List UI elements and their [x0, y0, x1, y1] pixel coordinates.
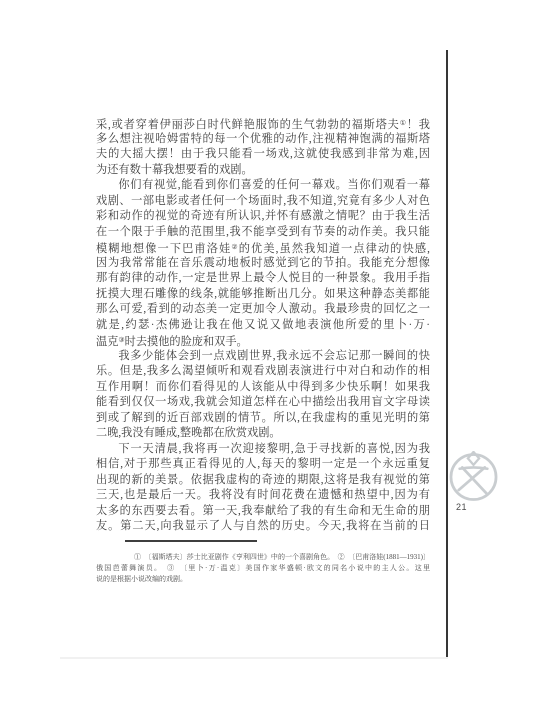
body-text: 采,或者穿着伊丽莎白时代鲜艳服饰的生气勃勃的福斯塔夫①！我多么想注视哈姆雷特的每… — [96, 116, 430, 535]
footnote-line: 俄国芭蕾舞演员。 ③ 〔里卜·万·温克〕美国作家华盛顿·欧文的同名小说中的主人公… — [96, 563, 430, 574]
body-text-line: 我多少能体会到一点戏剧世界,我永远不会忘记那一瞬间的快 — [96, 349, 430, 365]
body-text-line: 那么可爱,看到的动态美一定更加令人激动。我最珍贵的回忆之一 — [96, 302, 430, 318]
body-text-line: 戏剧、一部电影或者任何一个场面时,我不知道,究竟有多少人对色 — [96, 194, 430, 210]
body-text-line: 采,或者穿着伊丽莎白时代鲜艳服饰的生气勃勃的福斯塔夫①！我 — [96, 116, 430, 132]
body-text-line: 你们有视觉,能看到你们喜爱的任何一幕戏。当你们观看一幕 — [96, 178, 430, 194]
body-text-line: 互作用啊！而你们看得见的人该能从中得到多少快乐啊！如果我 — [96, 380, 430, 396]
footnotes: ① 〔福斯塔夫〕莎士比亚剧作《亨利四世》中的一个喜剧角色。 ② 〔巴甫洛娃(18… — [96, 552, 430, 586]
body-text-line: 在一个限于手触的范围里,我不能享受到有节奏的动作美。我只能 — [96, 225, 430, 241]
body-text-line: 彩和动作的视觉的奇迹有所认识,并怀有感激之情呢？由于我生活 — [96, 209, 430, 225]
footnote-line: ① 〔福斯塔夫〕莎士比亚剧作《亨利四世》中的一个喜剧角色。 ② 〔巴甫洛娃(18… — [96, 552, 430, 563]
body-text-line: 太多的东西要去看。第一天,我奉献给了我的有生命和无生命的朋 — [96, 504, 430, 520]
body-text-line: 下一天清晨,我将再一次迎接黎明,急于寻找新的喜悦,因为我 — [96, 442, 430, 458]
body-text-line: 二晚,我没有睡成,整晚都在欣赏戏剧。 — [96, 426, 430, 442]
body-text-line: 温克③时去摸他的脸庞和双手。 — [96, 333, 430, 349]
body-text-line: 友。第二天,向我显示了人与自然的历史。今天,我将在当前的日 — [96, 519, 430, 535]
page-bottom-edge — [60, 657, 448, 659]
body-text-line: 为还有数十幕我想要看的戏剧。 — [96, 163, 430, 179]
body-text-line: 相信,对于那些真正看得见的人,每天的黎明一定是一个永远重复 — [96, 457, 430, 473]
footnote-line: 说的是根据小说改编的戏剧。 — [96, 574, 430, 585]
publisher-seal-icon — [447, 451, 500, 503]
body-text-line: 就是,约瑟·杰佛逊让我在他又说又做地表演他所爱的里卜·万· — [96, 318, 430, 334]
footnote-divider — [125, 540, 257, 542]
body-text-line: 那有韵律的动作,一定是世界上最令人悦目的一种景象。我用手指 — [96, 271, 430, 287]
body-text-line: 因为我常常能在音乐震动地板时感觉到它的节拍。我能充分想像 — [96, 256, 430, 272]
body-text-line: 到或了解到的近百部戏剧的情节。所以,在我虚构的重见光明的第 — [96, 411, 430, 427]
body-text-line: 出现的新的美景。依据我虚构的奇迹的期限,这将是我有视觉的第 — [96, 473, 430, 489]
body-text-line: 能看到仅仅一场戏,我就会知道怎样在心中描绘出我用盲文字母读 — [96, 395, 430, 411]
book-page: 采,或者穿着伊丽莎白时代鲜艳服饰的生气勃勃的福斯塔夫①！我多么想注视哈姆雷特的每… — [0, 0, 550, 711]
body-text-line: 三天,也是最后一天。我将没有时间花费在遗憾和热望中,因为有 — [96, 488, 430, 504]
page-edge-line — [446, 50, 448, 657]
body-text-line: 乐。但是,我多么渴望倾听和观看戏剧表演进行中对白和动作的相 — [96, 364, 430, 380]
body-text-line: 抚摸大理石雕像的线条,就能够推断出几分。如果这种静态美都能 — [96, 287, 430, 303]
body-text-line: 模糊地想像一下巴甫洛娃②的优美,虽然我知道一点律动的快感, — [96, 240, 430, 256]
body-text-line: 多么想注视哈姆雷特的每一个优雅的动作,注视精神饱满的福斯塔 — [96, 132, 430, 148]
page-number: 21 — [456, 502, 467, 512]
body-text-line: 夫的大摇大摆！由于我只能看一场戏,这就使我感到非常为难,因 — [96, 147, 430, 163]
